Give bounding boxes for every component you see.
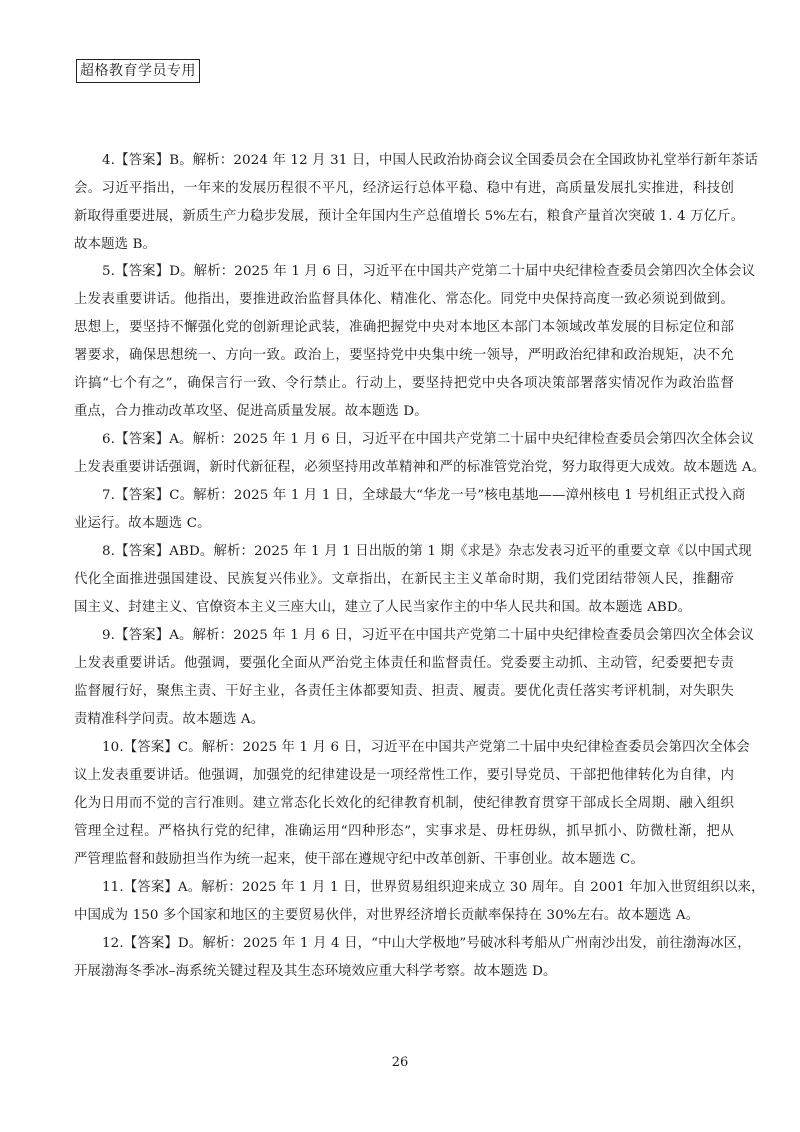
usage-stamp: 超格教育学员专用 xyxy=(76,59,200,83)
answer-9-line-3: 监督履行好，聚焦主责、干好主业，各责任主体都要知责、担责、履责。要优化责任落实考… xyxy=(74,682,734,702)
answer-10-line-3: 化为日用而不觉的言行准则。建立常态化长效化的纪律教育机制，使纪律教育贯穿干部成长… xyxy=(74,794,734,814)
answer-4-line-1: 4.【答案】B。解析：2024 年 12 月 31 日，中国人民政治协商会议全国… xyxy=(102,151,734,171)
answer-5-line-6: 重点，合力推动改革攻坚、促进高质量发展。故本题选 D。 xyxy=(74,402,734,422)
answer-5-line-1: 5.【答案】D。解析：2025 年 1 月 6 日，习近平在中国共产党第二十届中… xyxy=(102,262,734,282)
answer-8-line-2: 代化全面推进强国建设、民族复兴伟业》。文章指出，在新民主主义革命时期，我们党团结… xyxy=(74,570,734,590)
answer-10-line-1: 10.【答案】C。解析：2025 年 1 月 6 日，习近平在中国共产党第二十届… xyxy=(102,738,734,758)
answer-6-line-2: 上发表重要讲话强调，新时代新征程，必须坚持用改革精神和严的标准管党治党，努力取得… xyxy=(74,458,734,478)
answer-11-line-1: 11.【答案】A。解析：2025 年 1 月 1 日，世界贸易组织迎来成立 30… xyxy=(102,878,734,898)
answer-5-line-2: 上发表重要讲话。他指出，要推进政治监督具体化、精准化、常态化。同党中央保持高度一… xyxy=(74,290,734,310)
page-number: 26 xyxy=(0,1053,800,1073)
answer-12-line-1: 12.【答案】D。解析：2025 年 1 月 4 日，“中山大学极地”号破冰科考… xyxy=(102,934,734,954)
answer-6-line-1: 6.【答案】A。解析：2025 年 1 月 6 日，习近平在中国共产党第二十届中… xyxy=(102,430,734,450)
answer-9-line-2: 上发表重要讲话。他强调，要强化全面从严治党主体责任和监督责任。党委要主动抓、主动… xyxy=(74,654,734,674)
answer-9-line-4: 责精准科学问责。故本题选 A。 xyxy=(74,710,734,730)
answer-5-line-3: 思想上，要坚持不懈强化党的创新理论武装，准确把握党中央对本地区本部门本领域改革发… xyxy=(74,318,734,338)
answer-10-line-4: 管理全过程。严格执行党的纪律，准确运用“四种形态”，实事求是、毋枉毋纵，抓早抓小… xyxy=(74,822,734,842)
answer-4-line-4: 故本题选 B。 xyxy=(74,235,734,255)
answer-8-line-1: 8.【答案】ABD。解析：2025 年 1 月 1 日出版的第 1 期《求是》杂… xyxy=(102,542,734,562)
answer-12-line-2: 开展渤海冬季冰–海系统关键过程及其生态环境效应重大科学考察。故本题选 D。 xyxy=(74,962,734,982)
answer-10-line-5: 严管理监督和鼓励担当作为统一起来，使干部在遵规守纪中改革创新、干事创业。故本题选… xyxy=(74,850,734,870)
answer-9-line-1: 9.【答案】A。解析：2025 年 1 月 6 日，习近平在中国共产党第二十届中… xyxy=(102,626,734,646)
answer-11-line-2: 中国成为 150 多个国家和地区的主要贸易伙伴，对世界经济增长贡献率保持在 30… xyxy=(74,906,734,926)
answer-4-line-2: 会。习近平指出，一年来的发展历程很不平凡，经济运行总体平稳、稳中有进，高质量发展… xyxy=(74,179,734,199)
answer-10-line-2: 议上发表重要讲话。他强调，加强党的纪律建设是一项经常性工作，要引导党员、干部把他… xyxy=(74,766,734,786)
answer-5-line-4: 署要求，确保思想统一、方向一致。政治上，要坚持党中央集中统一领导，严明政治纪律和… xyxy=(74,346,734,366)
answer-8-line-3: 国主义、封建主义、官僚资本主义三座大山，建立了人民当家作主的中华人民共和国。故本… xyxy=(74,598,734,618)
answer-5-line-5: 许搞“七个有之”，确保言行一致、令行禁止。行动上，要坚持把党中央各项决策部署落实… xyxy=(74,374,734,394)
answer-7-line-1: 7.【答案】C。解析：2025 年 1 月 1 日，全球最大“华龙一号”核电基地… xyxy=(102,486,734,506)
answer-4-line-3: 新取得重要进展，新质生产力稳步发展，预计全年国内生产总值增长 5%左右，粮食产量… xyxy=(74,207,734,227)
answer-7-line-2: 业运行。故本题选 C。 xyxy=(74,514,734,534)
